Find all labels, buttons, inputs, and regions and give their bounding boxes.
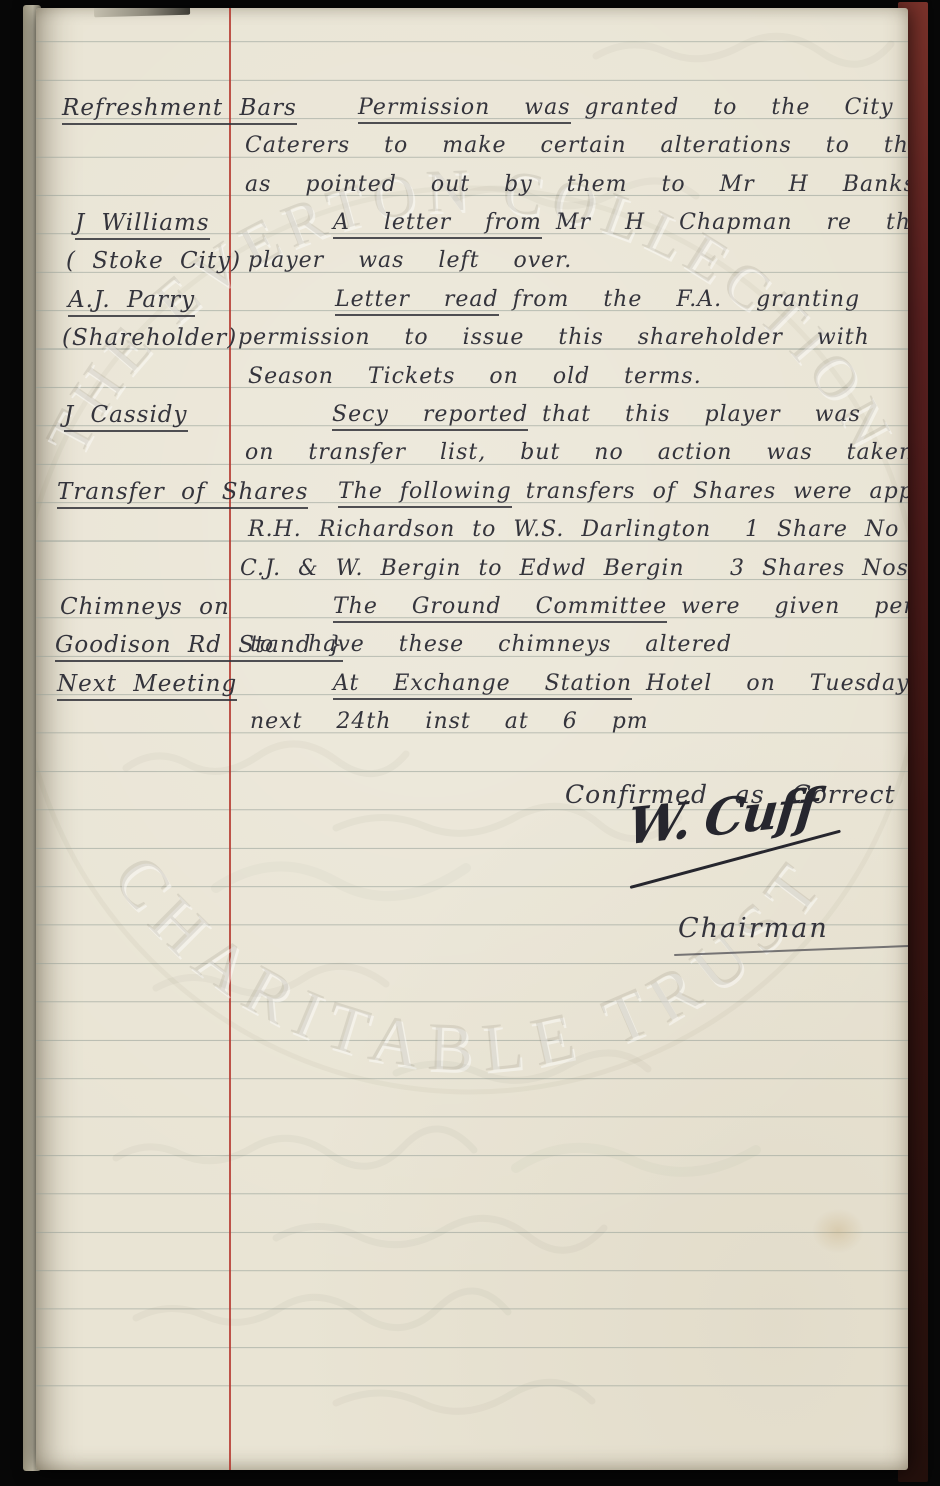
entry-body-line: The Ground Committeewere given permissio…: [333, 592, 908, 622]
entry-body-line: permission to issue this shareholder wit…: [238, 323, 870, 353]
transfer-parties: R.H. Richardson to W.S. Darlington: [248, 517, 711, 542]
underlined-lead: Letter read: [335, 287, 499, 316]
chairman-signature: W. Cuff: [626, 792, 817, 842]
body-text: granted to the City: [585, 95, 894, 120]
minute-book-page: THE EVERTON COLLECTION THE EVERTON COLLE…: [36, 8, 908, 1470]
paper-stain: [802, 1200, 874, 1262]
entry-heading-j-cassidy: J Cassidy: [64, 400, 188, 430]
body-text: were given permission: [681, 594, 908, 619]
entry-subheading-stoke-city: ( Stoke City): [66, 246, 241, 276]
heading-text: J Cassidy: [64, 402, 188, 432]
entry-subheading-shareholder: (Shareholder): [62, 323, 237, 353]
heading-text: Transfer of Shares: [57, 479, 308, 509]
underlined-lead: Secy reported: [332, 402, 528, 431]
heading-text: A.J. Parry: [68, 287, 195, 317]
chairman-label: Chairman: [678, 914, 829, 944]
underlined-lead: A letter from: [333, 210, 542, 239]
underlined-lead: Permission was: [358, 95, 571, 124]
transfer-share-numbers: 3 Shares Nos 330-332: [730, 554, 908, 584]
transfer-share-numbers: 1 Share No 2377: [745, 515, 908, 545]
entry-body-line: as pointed out by them to Mr H Banks.: [245, 170, 908, 200]
entry-body-line: A letter fromMr H Chapman re this: [333, 208, 908, 238]
body-text: Hotel on Tuesday: [646, 671, 908, 696]
entry-body-line: Letter readfrom the F.A. granting: [335, 285, 860, 315]
transfer-row: C.J. & W. Bergin to Edwd Bergin3 Shares …: [240, 554, 685, 584]
entry-heading-refreshment-bars: Refreshment Bars: [62, 93, 297, 123]
body-text: Mr H Chapman re this: [556, 210, 908, 235]
entry-body-line: Secy reportedthat this player was: [332, 400, 861, 430]
entry-body-line: Season Tickets on old terms.: [248, 362, 702, 392]
entry-heading-transfer-of-shares: Transfer of Shares: [57, 477, 308, 507]
entry-body-line: to have these chimneys altered: [250, 630, 732, 660]
photographed-minute-book: THE EVERTON COLLECTION THE EVERTON COLLE…: [0, 0, 940, 1486]
underlined-lead: At Exchange Station: [333, 671, 632, 700]
entry-body-line: on transfer list, but no action was take…: [245, 438, 908, 468]
underlined-lead: The Ground Committee: [333, 594, 667, 623]
body-text: transfers of Shares were approved: [526, 479, 908, 504]
body-text: that this player was: [542, 402, 861, 427]
entry-heading-chimneys: Chimneys on: [60, 592, 230, 622]
transfer-row: R.H. Richardson to W.S. Darlington1 Shar…: [248, 515, 711, 545]
entry-body-line: The followingtransfers of Shares were ap…: [338, 477, 908, 507]
heading-text: Next Meeting: [57, 671, 237, 701]
entry-heading-next-meeting: Next Meeting: [57, 669, 237, 699]
entry-body-line: At Exchange StationHotel on Tuesday: [333, 669, 908, 699]
heading-text: J Williams: [75, 210, 210, 240]
heading-text: Refreshment Bars: [62, 95, 297, 125]
entry-heading-j-williams: J Williams: [75, 208, 210, 238]
entry-body-line: player was left over.: [248, 246, 572, 276]
entry-heading-aj-parry: A.J. Parry: [68, 285, 195, 315]
margin-line: [229, 8, 231, 1470]
body-text: from the F.A. granting: [513, 287, 861, 312]
entry-body-line: Permission wasgranted to the City: [358, 93, 894, 123]
entry-body-line: Caterers to make certain alterations to …: [245, 131, 908, 161]
transfer-parties: C.J. & W. Bergin to Edwd Bergin: [240, 556, 685, 581]
entry-body-line: next 24th inst at 6 pm: [250, 707, 649, 737]
underlined-lead: The following: [338, 479, 512, 508]
